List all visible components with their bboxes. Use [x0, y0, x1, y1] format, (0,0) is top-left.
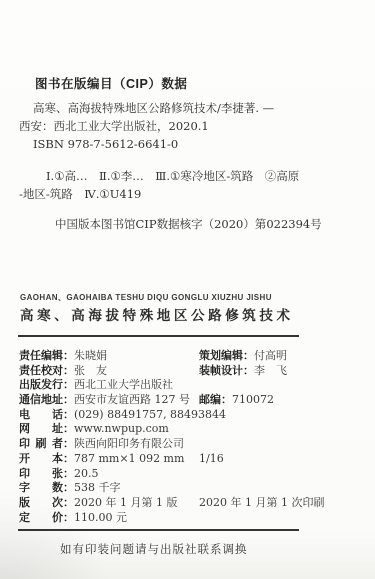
colophon-label: 电话 [19, 408, 63, 423]
colophon-table: 责任编辑：朱晓娟 策划编辑：付高明 责任校对：张 友 装帧设计：李 飞 出版发行… [19, 349, 359, 525]
colophon-value: 2020 年 1 月第 1 版 [74, 496, 177, 509]
colophon-label: 版次 [19, 496, 63, 511]
colophon-label: 印张 [19, 467, 63, 482]
colophon-label: 装帧设计 [199, 365, 243, 377]
isbn-line: ISBN 978-7-5612-6641-0 [19, 135, 274, 153]
colophon-value: 朱晓娟 [74, 349, 107, 362]
colophon-value: (029) 88491757, 88493844 [74, 408, 226, 421]
cip-classification-block: Ⅰ.①高… Ⅱ.①李… Ⅲ.①寒冷地区-筑路 ②高原 -地区-筑路 Ⅳ.①U41… [19, 167, 299, 203]
colophon-row-sheets: 印张：20.5 [19, 467, 359, 482]
book-title: 高寒、高海拔特殊地区公路修筑技术 [20, 304, 294, 324]
colophon-value: 张 友 [74, 364, 107, 377]
cip-record-block: 高寒、高海拔特殊地区公路修筑技术/李捷著. — 西安：西北工业大学出版社，202… [19, 99, 274, 153]
colophon-row-address: 通信地址：西安市友谊西路 127 号 邮编：710072 [19, 393, 359, 408]
colophon-value: 110.00 元 [74, 511, 127, 524]
colophon-label: 定价 [19, 511, 63, 526]
colophon-value: 787 mm×1 092 mm [74, 452, 184, 465]
colophon-value: www.nwpup.com [74, 422, 169, 435]
colophon-value: 陕西向阳印务有限公司 [74, 437, 184, 450]
binding-notice: 如有印装问题请与出版社联系调换 [60, 541, 248, 557]
colophon-row-edition: 版次：2020 年 1 月第 1 版 2020 年 1 月第 1 次印刷 [19, 496, 359, 511]
colophon-value: 710072 [232, 393, 274, 406]
colophon-row-editor: 责任编辑：朱晓娟 策划编辑：付高明 [19, 349, 359, 364]
colophon-row-printer: 印刷者：陕西向阳印务有限公司 [19, 437, 359, 452]
colophon-label: 开本 [19, 452, 63, 467]
colophon-row-proofreader: 责任校对：张 友 装帧设计：李 飞 [19, 364, 359, 379]
cip-header: 图书在版编目（CIP）数据 [35, 74, 187, 92]
colophon-row-website: 网址：www.nwpup.com [19, 422, 359, 437]
cip-record-line: 高寒、高海拔特殊地区公路修筑技术/李捷著. — [19, 99, 274, 117]
colophon-row-wordcount: 字数：538 千字 [19, 481, 359, 496]
colophon-label: 通信地址 [19, 393, 63, 408]
colophon-label: 策划编辑 [199, 350, 243, 362]
colophon-label: 邮编 [199, 394, 221, 406]
cip-class-line: Ⅰ.①高… Ⅱ.①李… Ⅲ.①寒冷地区-筑路 ②高原 [19, 167, 299, 185]
colophon-label: 出版发行 [19, 378, 63, 393]
colophon-value: 西安市友谊西路 127 号 [74, 393, 190, 406]
divider-rule-top [18, 335, 299, 337]
colophon-row-phone: 电话：(029) 88491757, 88493844 [19, 408, 359, 423]
colophon-label: 印刷者 [19, 437, 63, 452]
book-title-pinyin: GAOHAN、GAOHAIBA TESHU DIQU GONGLU XIUZHU… [20, 292, 272, 303]
colophon-value: 20.5 [74, 467, 99, 480]
colophon-label: 责任校对 [19, 364, 63, 379]
colophon-value: 西北工业大学出版社 [74, 378, 173, 391]
cip-registry-number: 中国版本图书馆CIP数据核字（2020）第022394号 [55, 216, 322, 232]
colophon-value: 538 千字 [74, 481, 121, 494]
cip-class-line: -地区-筑路 Ⅳ.①U419 [19, 185, 299, 203]
colophon-row-publisher: 出版发行：西北工业大学出版社 [19, 378, 359, 393]
colophon-label: 字数 [19, 481, 63, 496]
colophon-label: 责任编辑 [19, 349, 63, 364]
colophon-row-price: 定价：110.00 元 [19, 511, 359, 526]
colophon-value: 1/16 [199, 452, 224, 467]
colophon-value: 付高明 [254, 349, 287, 362]
colophon-value: 李 飞 [254, 364, 287, 377]
colophon-row-format: 开本：787 mm×1 092 mm 1/16 [19, 452, 359, 467]
cip-record-line: 西安：西北工业大学出版社，2020.1 [19, 117, 274, 135]
colophon-value: 2020 年 1 月第 1 次印刷 [199, 496, 324, 511]
copyright-page: 图书在版编目（CIP）数据 高寒、高海拔特殊地区公路修筑技术/李捷著. — 西安… [0, 0, 375, 579]
colophon-label: 网址 [19, 422, 63, 437]
divider-rule-bottom [18, 529, 299, 531]
